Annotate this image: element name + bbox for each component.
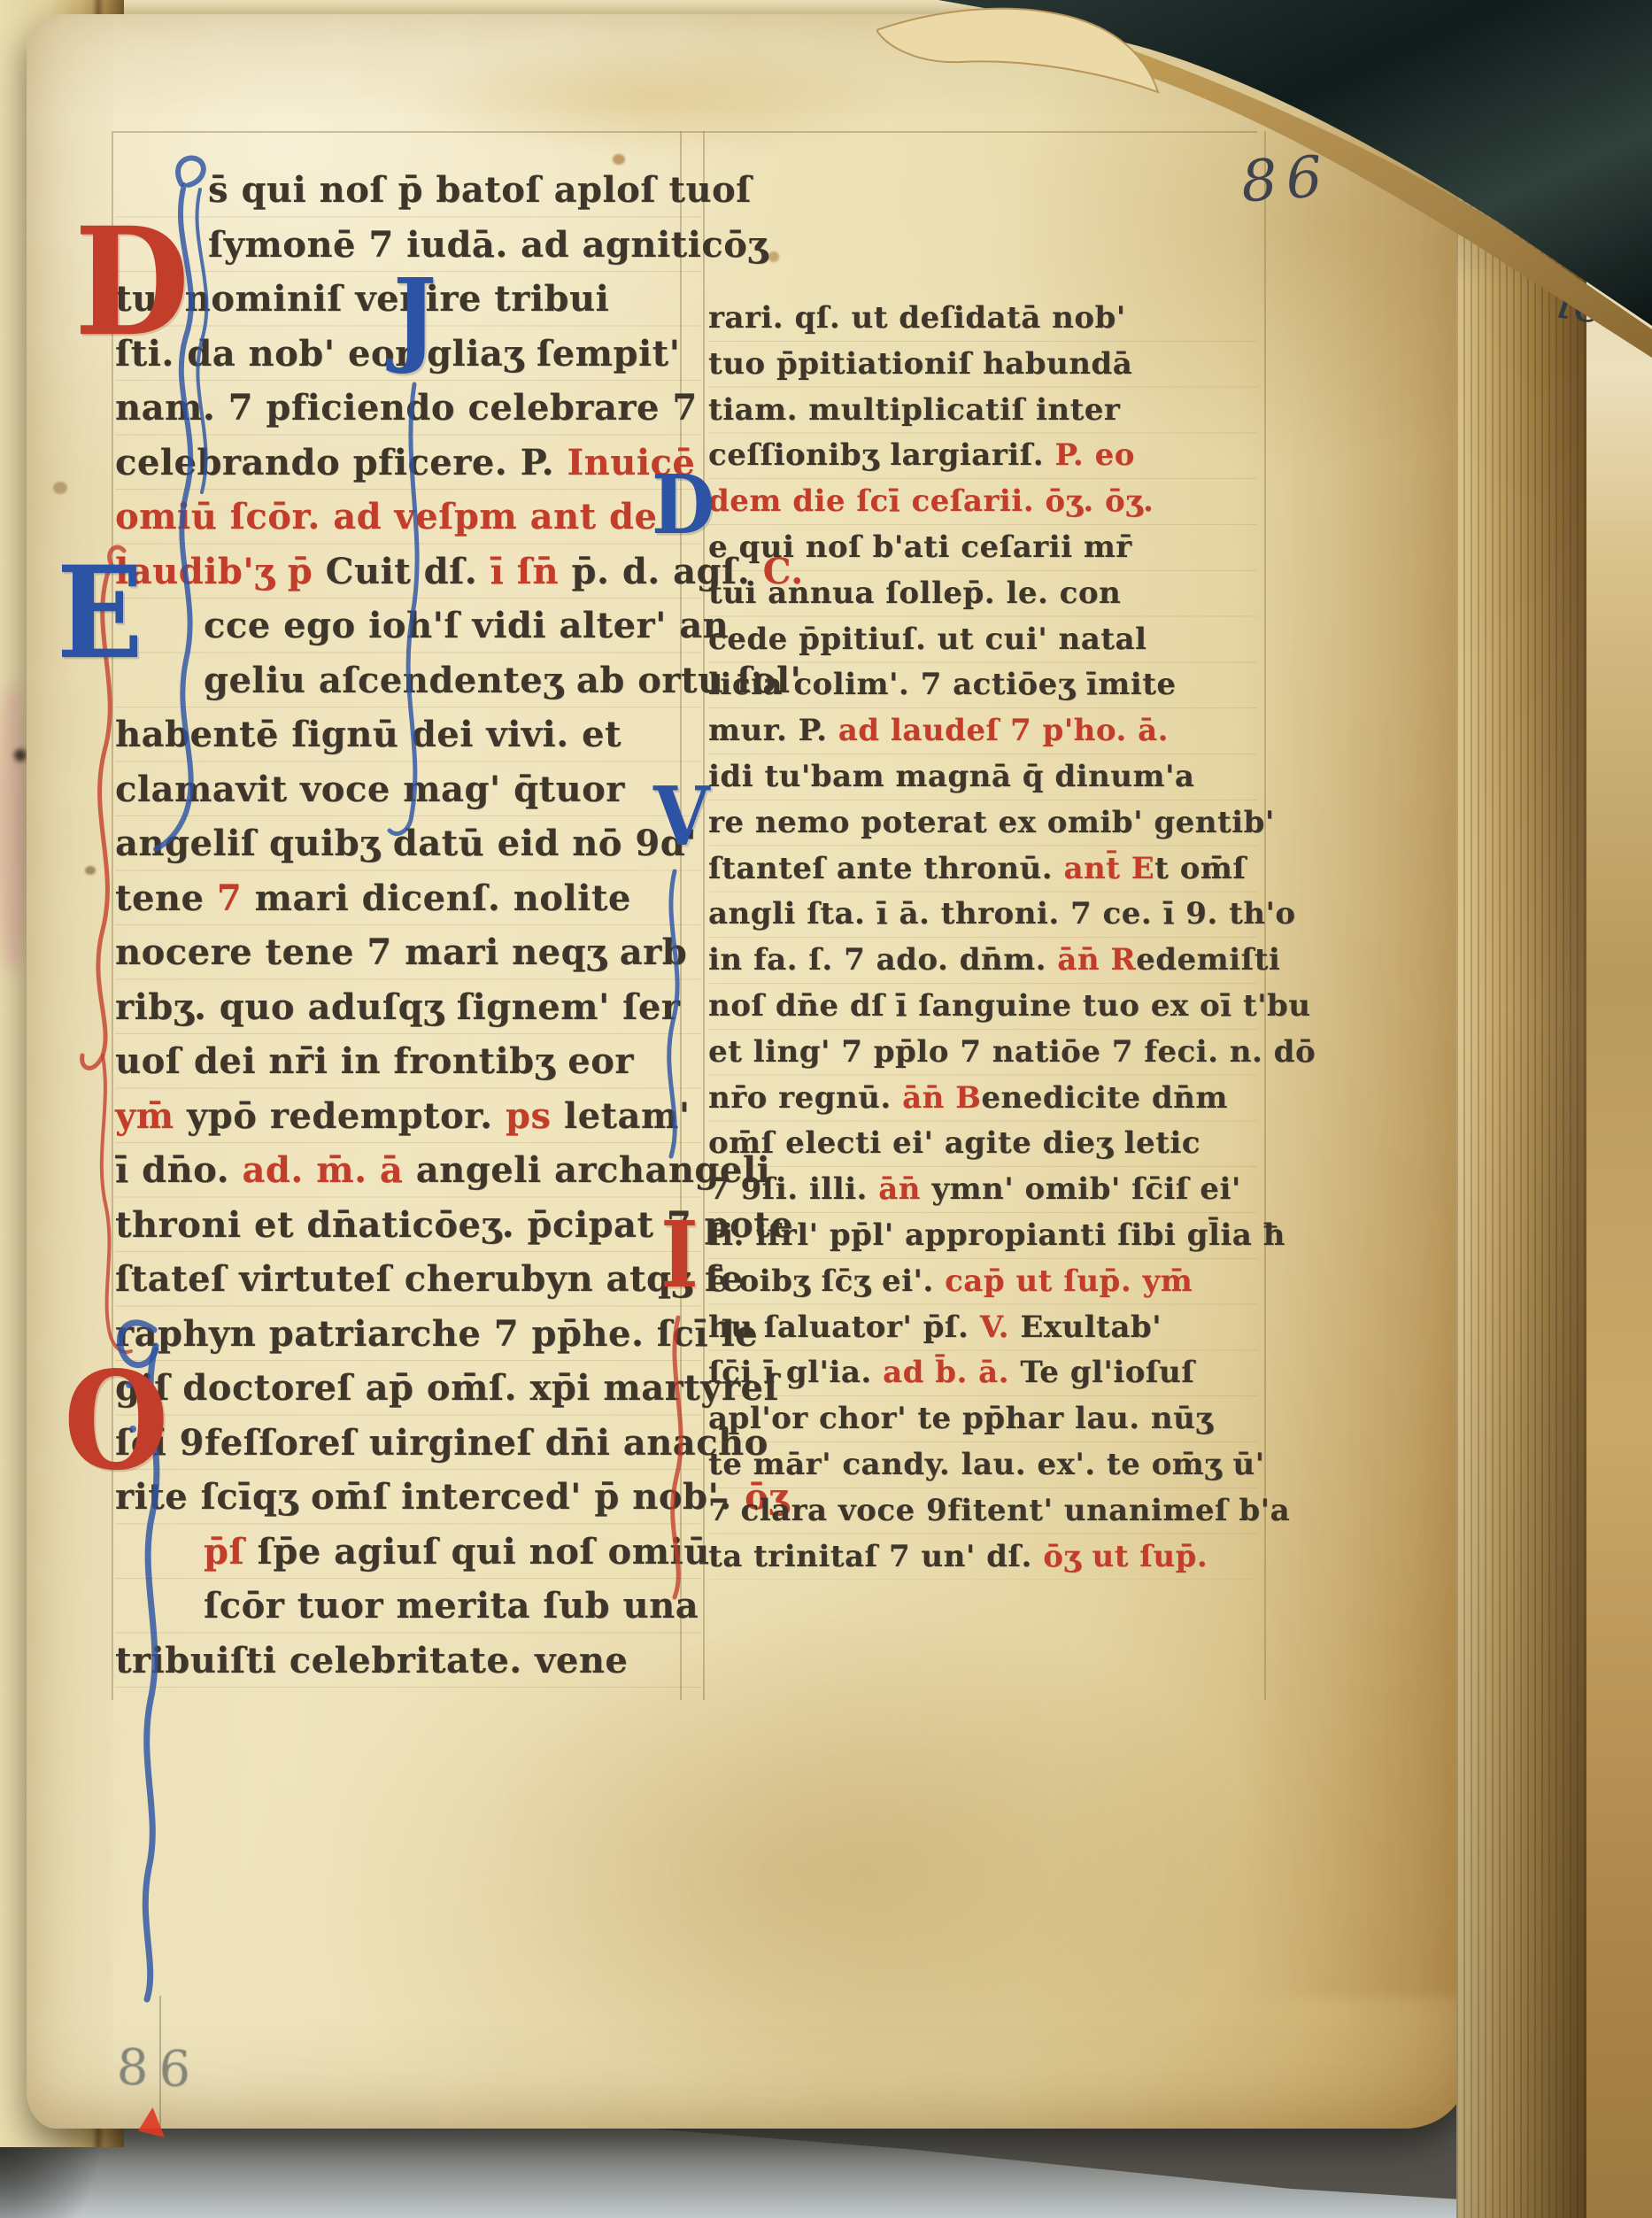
- text-line: throni et dn̄aticōeʒ. p̄cipat 7 pote: [115, 1198, 701, 1253]
- text-line: ſtanteſ ante thronū. ant̄ Et om̄ſ: [708, 846, 1257, 893]
- text-line: cede p̄pitiuſ. ut cui' natal: [708, 617, 1257, 663]
- text-segment: in fa. ſ. 7 ado. dn̄m.: [708, 942, 1057, 978]
- text-line: angeliſ quibʒ datū eid nō 9d': [115, 816, 701, 871]
- text-segment: ān̄ R: [1057, 942, 1136, 978]
- text-segment: ant̄ E: [1063, 851, 1154, 886]
- text-segment: ī dn̄o.: [115, 1149, 243, 1191]
- text-line: nocere tene 7 mari neqʒ arb: [115, 925, 701, 980]
- text-segment: ſcōr tuor merita ſub una: [204, 1585, 699, 1627]
- text-segment: cede p̄pitiuſ. ut cui' natal: [708, 622, 1146, 657]
- text-segment: licia colim'. 7 actiōeʒ īmite: [708, 667, 1177, 702]
- text-line: rite ſcīqʒ om̄ſ interced' p̄ nob'. ōʒ: [115, 1470, 701, 1525]
- parchment-stain: [407, 41, 903, 156]
- text-segment: tribuiſti celebritate. vene: [115, 1640, 628, 1681]
- text-segment: V.: [980, 1310, 1021, 1345]
- text-line: te mār' candy. lau. ex'. te om̄ʒ ū': [708, 1442, 1257, 1488]
- text-line: ta trinitaſ 7 un' dſ. ōʒ ut ſup̄.: [708, 1534, 1257, 1580]
- text-line: dem die ſcī ceſarii. ōʒ. ōʒ.: [708, 479, 1257, 525]
- text-segment: ſp̄e agiuſ qui noſ omiū: [258, 1531, 710, 1573]
- text-segment: nam. 7 pficiendo celebrare 7: [115, 387, 698, 429]
- text-segment: habentē ſignū dei vivi. et: [115, 714, 621, 755]
- fox-spot: [85, 866, 96, 875]
- ruling-line-vertical: [703, 131, 705, 1700]
- text-line: nr̄o regnū. ān̄ Benedicite dn̄m: [708, 1076, 1257, 1122]
- gutter-speck: [14, 749, 27, 761]
- text-line: tui annua ſollep̄. le. con: [708, 571, 1257, 617]
- text-segment: p̄ſ: [204, 1531, 258, 1573]
- fox-spot: [53, 482, 67, 494]
- text-segment: ſc̄i ī gl'ia.: [708, 1355, 883, 1390]
- text-segment: enedicite dn̄m: [981, 1080, 1227, 1116]
- text-segment: Exultab': [1020, 1310, 1162, 1345]
- text-segment: angli ſta. ī ā. throni. 7 ce. ī 9. th'o: [708, 896, 1296, 931]
- illuminated-initial-V: V: [653, 786, 710, 850]
- illuminated-initial-I: I: [660, 1220, 699, 1291]
- text-line: hu ſaluator' p̄ſ. V. Exultab': [708, 1305, 1257, 1351]
- text-segment: raphyn patriarche 7 pp̄he. ſcī le: [115, 1313, 758, 1355]
- text-segment: rite ſcīqʒ om̄ſ interced' p̄ nob'.: [115, 1476, 745, 1518]
- text-segment: laudib'ʒ p̄: [115, 551, 326, 592]
- text-line: apl'or chor' te pp̄har lau. nūʒ: [708, 1396, 1257, 1442]
- text-line: in fa. ſ. 7 ado. dn̄m. ān̄ Redemiſti: [708, 938, 1257, 984]
- text-segment: cap̄ ut ſup̄. ym̄: [945, 1264, 1193, 1299]
- text-segment: ſymonē 7 iudā. ad agniticōʒ: [208, 224, 768, 266]
- text-segment: nocere tene 7 mari neqʒ arb: [115, 931, 687, 973]
- text-segment: ps: [506, 1095, 564, 1137]
- text-segment: ad laudeſ 7 p'ho. ā.: [838, 713, 1169, 748]
- text-line: ſtateſ virtuteſ cherubyn atqʒ ſe: [115, 1252, 701, 1307]
- parchment-stain: [487, 1626, 1248, 2104]
- text-line: fi. iſrl' pp̄l' appropianti ſibi gl̄ia ħ: [708, 1213, 1257, 1259]
- text-segment: ypō redemptor.: [187, 1095, 506, 1137]
- text-segment: Te gl'ioſuſ: [1020, 1355, 1194, 1390]
- text-segment: 7 9ſi. illi.: [708, 1171, 878, 1207]
- text-segment: e qui noſ b'ati ceſarii mr̄: [708, 529, 1132, 565]
- text-line: angli ſta. ī ā. throni. 7 ce. ī 9. th'o: [708, 892, 1257, 938]
- illuminated-initial-D: D: [652, 475, 714, 538]
- text-segment: cce ego ioh'ſ vidi alter' an: [204, 605, 729, 646]
- text-line: 7 clara voce 9fitent' unanimeſ b'a: [708, 1488, 1257, 1534]
- text-line: s̄ qui noſ p̄ batoſ aploſ tuoſ: [115, 163, 701, 218]
- text-line: giſ doctoreſ ap̄ om̄ſ. xp̄i martyreſ: [115, 1361, 701, 1416]
- metal-clasp: [876, 0, 1652, 381]
- text-segment: ad b̄. ā.: [883, 1355, 1020, 1390]
- text-line: licia colim'. 7 actiōeʒ īmite: [708, 662, 1257, 708]
- text-line: ſcī 9feſſoreſ uirgineſ dn̄i anacho: [115, 1416, 701, 1471]
- illuminated-initial-E: E: [57, 565, 143, 664]
- text-segment: hu ſaluator' p̄ſ.: [708, 1310, 980, 1345]
- text-column-right: rari. qſ. ut deſidatā nob'tuo p̄pitiatio…: [708, 296, 1257, 1580]
- text-segment: ta trinitaſ 7 un' dſ.: [708, 1539, 1043, 1574]
- text-segment: ī ſn̄: [490, 551, 572, 592]
- text-segment: ym̄: [115, 1095, 187, 1137]
- text-segment: P. eo: [1054, 437, 1134, 473]
- text-segment: edemiſti: [1136, 942, 1280, 978]
- text-segment: clamavit voce mag' q̄tuor: [115, 769, 625, 810]
- text-line: ē oibʒ ſc̄ʒ ei'. cap̄ ut ſup̄. ym̄: [708, 1259, 1257, 1305]
- text-line: e qui noſ b'ati ceſarii mr̄: [708, 525, 1257, 571]
- text-column-left: s̄ qui noſ p̄ batoſ aploſ tuoſſymonē 7 i…: [115, 163, 701, 1688]
- text-segment: uoſ dei nr̄i in frontibʒ eor: [115, 1040, 634, 1082]
- text-line: tribuiſti celebritate. vene: [115, 1634, 701, 1689]
- text-segment: angeliſ quibʒ datū eid nō 9d': [115, 823, 697, 864]
- text-line: raphyn patriarche 7 pp̄he. ſcī le: [115, 1307, 701, 1362]
- text-segment: ē oibʒ ſc̄ʒ ei'.: [708, 1264, 945, 1299]
- text-segment: s̄ qui noſ p̄ batoſ aploſ tuoſ: [208, 169, 752, 211]
- text-line: tiam. multiplicatiſ inter: [708, 388, 1257, 434]
- text-line: ī dn̄o. ad. m̄. ā angeli archangeli: [115, 1143, 701, 1198]
- text-segment: ān̄: [878, 1171, 931, 1207]
- illuminated-initial-O: O: [64, 1369, 168, 1474]
- text-segment: omiū ſcōr. ad veſpm ant de: [115, 496, 657, 537]
- text-segment: ān̄ B: [902, 1080, 981, 1116]
- text-line: mur. P. ad laudeſ 7 p'ho. ā.: [708, 708, 1257, 754]
- text-line: et ling' 7 pp̄lo 7 natiōe 7 feci. n. dō: [708, 1030, 1257, 1076]
- text-segment: Cuit dſ.: [326, 551, 490, 592]
- text-line: re nemo poterat ex omib' gentib': [708, 800, 1257, 846]
- text-segment: idi tu'bam magnā q̄ dinum'a: [708, 759, 1194, 794]
- text-segment: fi. iſrl' pp̄l' appropianti ſibi gl̄ia ħ: [708, 1217, 1285, 1253]
- text-line: geliu aſcendenteʒ ab ortu ſol': [115, 653, 701, 708]
- text-segment: ribʒ. quo aduſqʒ ſignem' ſer: [115, 986, 680, 1028]
- text-line: noſ dn̄e dſ ī ſanguine tuo ex oī t'bu: [708, 984, 1257, 1030]
- text-line: habentē ſignū dei vivi. et: [115, 707, 701, 762]
- text-segment: om̄ſ electi ei' agite dieʒ letic: [708, 1125, 1200, 1161]
- text-segment: ymn' omib' ſc̄iſ ei': [931, 1171, 1240, 1207]
- text-line: laudib'ʒ p̄ Cuit dſ. ī ſn̄ p̄. d. agſ. C…: [115, 545, 701, 599]
- text-segment: et ling' 7 pp̄lo 7 natiōe 7 feci. n. dō: [708, 1034, 1316, 1070]
- text-line: uoſ dei nr̄i in frontibʒ eor: [115, 1034, 701, 1089]
- text-line: idi tu'bam magnā q̄ dinum'a: [708, 754, 1257, 800]
- text-segment: ſcī 9feſſoreſ uirgineſ dn̄i anacho: [115, 1422, 768, 1464]
- text-segment: t om̄ſ: [1154, 851, 1246, 886]
- text-segment: nr̄o regnū.: [708, 1080, 902, 1116]
- text-segment: tene: [115, 877, 217, 919]
- text-line: om̄ſ electi ei' agite dieʒ letic: [708, 1121, 1257, 1167]
- text-line: ſcōr tuor merita ſub una: [115, 1579, 701, 1634]
- text-line: celebrando pficere. P. Inuicē: [115, 436, 701, 491]
- text-line: ribʒ. quo aduſqʒ ſignem' ſer: [115, 980, 701, 1035]
- text-segment: 7: [217, 877, 242, 919]
- manuscript-photo-scene: s̄ qui noſ p̄ batoſ aploſ tuoſſymonē 7 i…: [0, 0, 1652, 2218]
- text-segment: te mār' candy. lau. ex'. te om̄ʒ ū': [708, 1447, 1265, 1482]
- text-segment: mari dicenſ. nolite: [242, 877, 631, 919]
- text-line: 7 9ſi. illi. ān̄ ymn' omib' ſc̄iſ ei': [708, 1167, 1257, 1213]
- text-segment: re nemo poterat ex omib' gentib': [708, 805, 1275, 840]
- text-line: nam. 7 pficiendo celebrare 7: [115, 381, 701, 436]
- text-segment: dem die ſcī ceſarii. ōʒ. ōʒ.: [708, 483, 1154, 519]
- text-segment: 7 clara voce 9fitent' unanimeſ b'a: [708, 1493, 1290, 1528]
- text-line: ſc̄i ī gl'ia. ad b̄. ā. Te gl'ioſuſ: [708, 1350, 1257, 1396]
- text-segment: giſ doctoreſ ap̄ om̄ſ. xp̄i martyreſ: [115, 1367, 779, 1409]
- text-line: p̄ſ ſp̄e agiuſ qui noſ omiū: [115, 1525, 701, 1580]
- text-line: tene 7 mari dicenſ. nolite: [115, 871, 701, 926]
- text-segment: celebrando pficere. P.: [115, 442, 567, 483]
- fox-spot: [768, 251, 779, 262]
- text-segment: ad. m̄. ā: [243, 1149, 416, 1191]
- text-line: omiū ſcōr. ad veſpm ant de: [115, 490, 701, 545]
- folio-number-pencil: 86: [116, 2038, 202, 2098]
- text-line: ym̄ ypō redemptor. ps letam': [115, 1089, 701, 1144]
- text-segment: letam': [564, 1095, 691, 1137]
- text-segment: noſ dn̄e dſ ī ſanguine tuo ex oī t'bu: [708, 988, 1311, 1024]
- text-segment: apl'or chor' te pp̄har lau. nūʒ: [708, 1401, 1213, 1436]
- text-line: ceſſionibʒ largiariſ. P. eo: [708, 433, 1257, 479]
- text-segment: ſtateſ virtuteſ cherubyn atqʒ ſe: [115, 1258, 744, 1300]
- text-segment: ſtanteſ ante thronū.: [708, 851, 1063, 886]
- text-segment: mur. P.: [708, 713, 838, 748]
- text-line: clamavit voce mag' q̄tuor: [115, 762, 701, 817]
- text-line: cce ego ioh'ſ vidi alter' an: [115, 599, 701, 653]
- text-segment: tiam. multiplicatiſ inter: [708, 392, 1120, 428]
- text-segment: ceſſionibʒ largiariſ.: [708, 437, 1054, 473]
- illuminated-initial-D: D: [74, 225, 189, 341]
- illuminated-initial-J: J: [393, 276, 436, 357]
- text-segment: tui annua ſollep̄. le. con: [708, 576, 1121, 611]
- text-segment: ōʒ ut ſup̄.: [1043, 1539, 1208, 1574]
